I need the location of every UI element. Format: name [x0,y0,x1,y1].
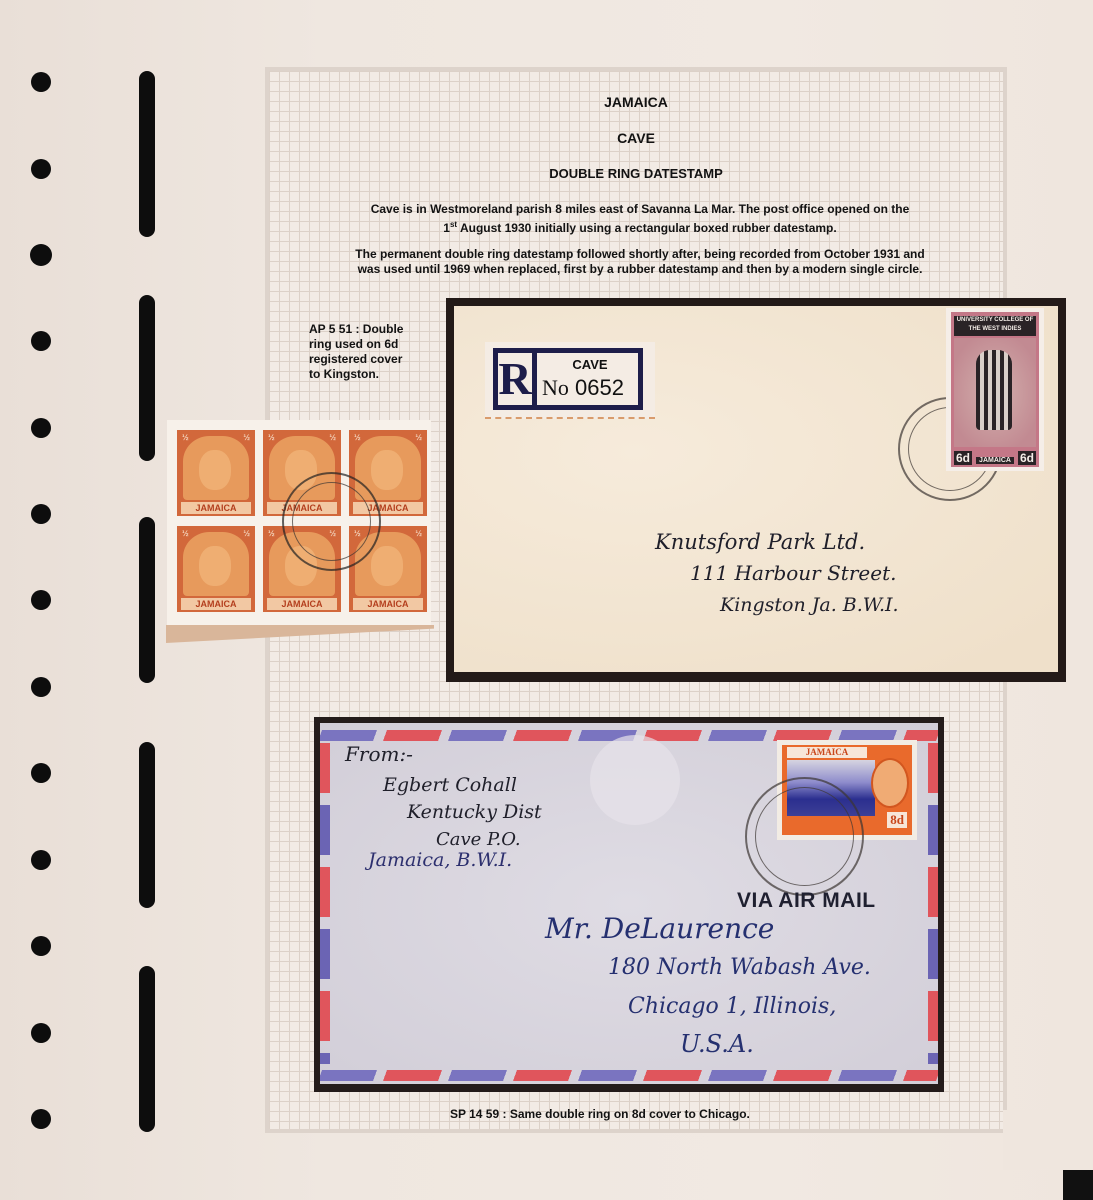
intro-p1-line2: 1st August 1930 initially using a rectan… [330,217,950,236]
binder-hole [31,677,51,697]
binder-hole [31,936,51,956]
address-line: Kingston Ja. B.W.I. [720,594,899,616]
stamp-country: JAMAICA [181,502,251,514]
item1-caption-line: AP 5 51 : Double [309,322,429,337]
cave-double-ring-postmark [745,777,864,896]
binder-slot [139,71,155,237]
item1-caption-line: ring used on 6d [309,337,429,352]
stamp-value-right: ½ [243,529,250,538]
sender-line: Cave P.O. [436,829,521,850]
item2-caption: SP 14 59 : Same double ring on 8d cover … [450,1107,750,1122]
page-heading-office: CAVE [265,130,1007,146]
album-page: JAMAICA CAVE DOUBLE RING DATESTAMP Cave … [0,0,1093,1200]
stamp-value-left: ½ [268,529,275,538]
binder-hole [31,72,51,92]
stamp-6d-university-college[interactable]: UNIVERSITY COLLEGE OF THE WEST INDIES 6d… [946,308,1044,471]
page-heading-country: JAMAICA [265,94,1007,110]
stamp-top-text: UNIVERSITY COLLEGE OF THE WEST INDIES [954,316,1036,336]
sender-line: Kentucky Dist [407,801,542,823]
stamp-value-left: ½ [182,433,189,442]
address-line: U.S.A. [680,1030,754,1058]
binder-hole [31,504,51,524]
meter-mark-ghost [590,735,680,825]
stamp-value-left: ½ [268,433,275,442]
chancellor-figure [976,350,1012,430]
airmail-stripe-right [928,743,938,1064]
sender-line: From:- [345,742,413,766]
address-line: Mr. DeLaurence [545,912,774,945]
intro-p1-ordinal: st [450,220,457,229]
stamp-country: JAMAICA [976,457,1014,464]
stamp-value-left: 6d [954,451,972,465]
address-line: 180 North Wabash Ave. [608,955,871,980]
intro-paragraph-2: The permanent double ring datestamp foll… [330,247,950,277]
king-portrait [199,450,231,490]
binder-slot [139,295,155,461]
intro-paragraph-1: Cave is in Westmoreland parish 8 miles e… [330,202,950,236]
binder-hole [31,418,51,438]
intro-p1-line1: Cave is in Westmoreland parish 8 miles e… [330,202,950,217]
address-line: 111 Harbour Street. [690,561,896,585]
registration-label: R CAVE No 0652 [485,342,655,419]
airmail-stripe-bottom [320,1070,938,1081]
intro-p1-rest: August 1930 initially using a rectangula… [457,221,837,235]
binder-hole [31,159,51,179]
stamp-half-penny: ½½JAMAICA [177,430,255,516]
queen-portrait [871,758,909,808]
stamp-country: JAMAICA [787,747,867,758]
intro-p2-line2: was used until 1969 when replaced, first… [330,262,950,277]
registration-letter: R [498,353,537,405]
stamp-country: JAMAICA [267,598,337,610]
stamp-value: 8d [887,812,907,828]
sender-line: Jamaica, B.W.I. [368,849,512,871]
page-heading-subject: DOUBLE RING DATESTAMP [265,166,1007,181]
registration-office: CAVE [550,357,630,372]
intro-p1-day: 1 [443,221,450,235]
binder-hole [30,244,52,266]
binder-hole [31,850,51,870]
stamp-value-right: ½ [415,433,422,442]
stamp-value-right: ½ [329,433,336,442]
stamp-value-left: ½ [354,433,361,442]
binder-slot [139,517,155,683]
stamp-country: JAMAICA [353,598,423,610]
king-portrait [371,450,403,490]
stamp-half-penny: ½½JAMAICA [177,526,255,612]
page-corner [1063,1170,1093,1200]
item1-caption-line: registered cover [309,352,429,367]
registration-number: No 0652 [542,375,624,401]
item1-caption-line: to Kingston. [309,367,429,382]
stamp-country: JAMAICA [181,598,251,610]
stamp-value-left: ½ [182,529,189,538]
intro-p2-line1: The permanent double ring datestamp foll… [330,247,950,262]
binder-hole [31,590,51,610]
binder-hole [31,1109,51,1129]
address-line: Chicago 1, Illinois, [628,994,836,1019]
king-portrait [199,546,231,586]
registration-no-prefix: No [542,375,569,400]
stamp-value-right: ½ [243,433,250,442]
binder-hole [31,331,51,351]
address-line: Knutsford Park Ltd. [655,530,865,554]
binder-hole [31,763,51,783]
stamp-value-right: ½ [415,529,422,538]
binder-slot [139,966,155,1132]
stamp-value-right: 6d [1018,451,1036,465]
airmail-stripe-left [320,743,330,1064]
king-portrait [371,546,403,586]
via-air-mail-label: VIA AIR MAIL [737,889,876,913]
item1-caption: AP 5 51 : Double ring used on 6d registe… [309,322,429,382]
sender-line: Egbert Cohall [383,774,517,796]
registration-number-value: 0652 [575,375,624,400]
binder-slot [139,742,155,908]
binder-hole [31,1023,51,1043]
block-postmark [282,472,381,571]
